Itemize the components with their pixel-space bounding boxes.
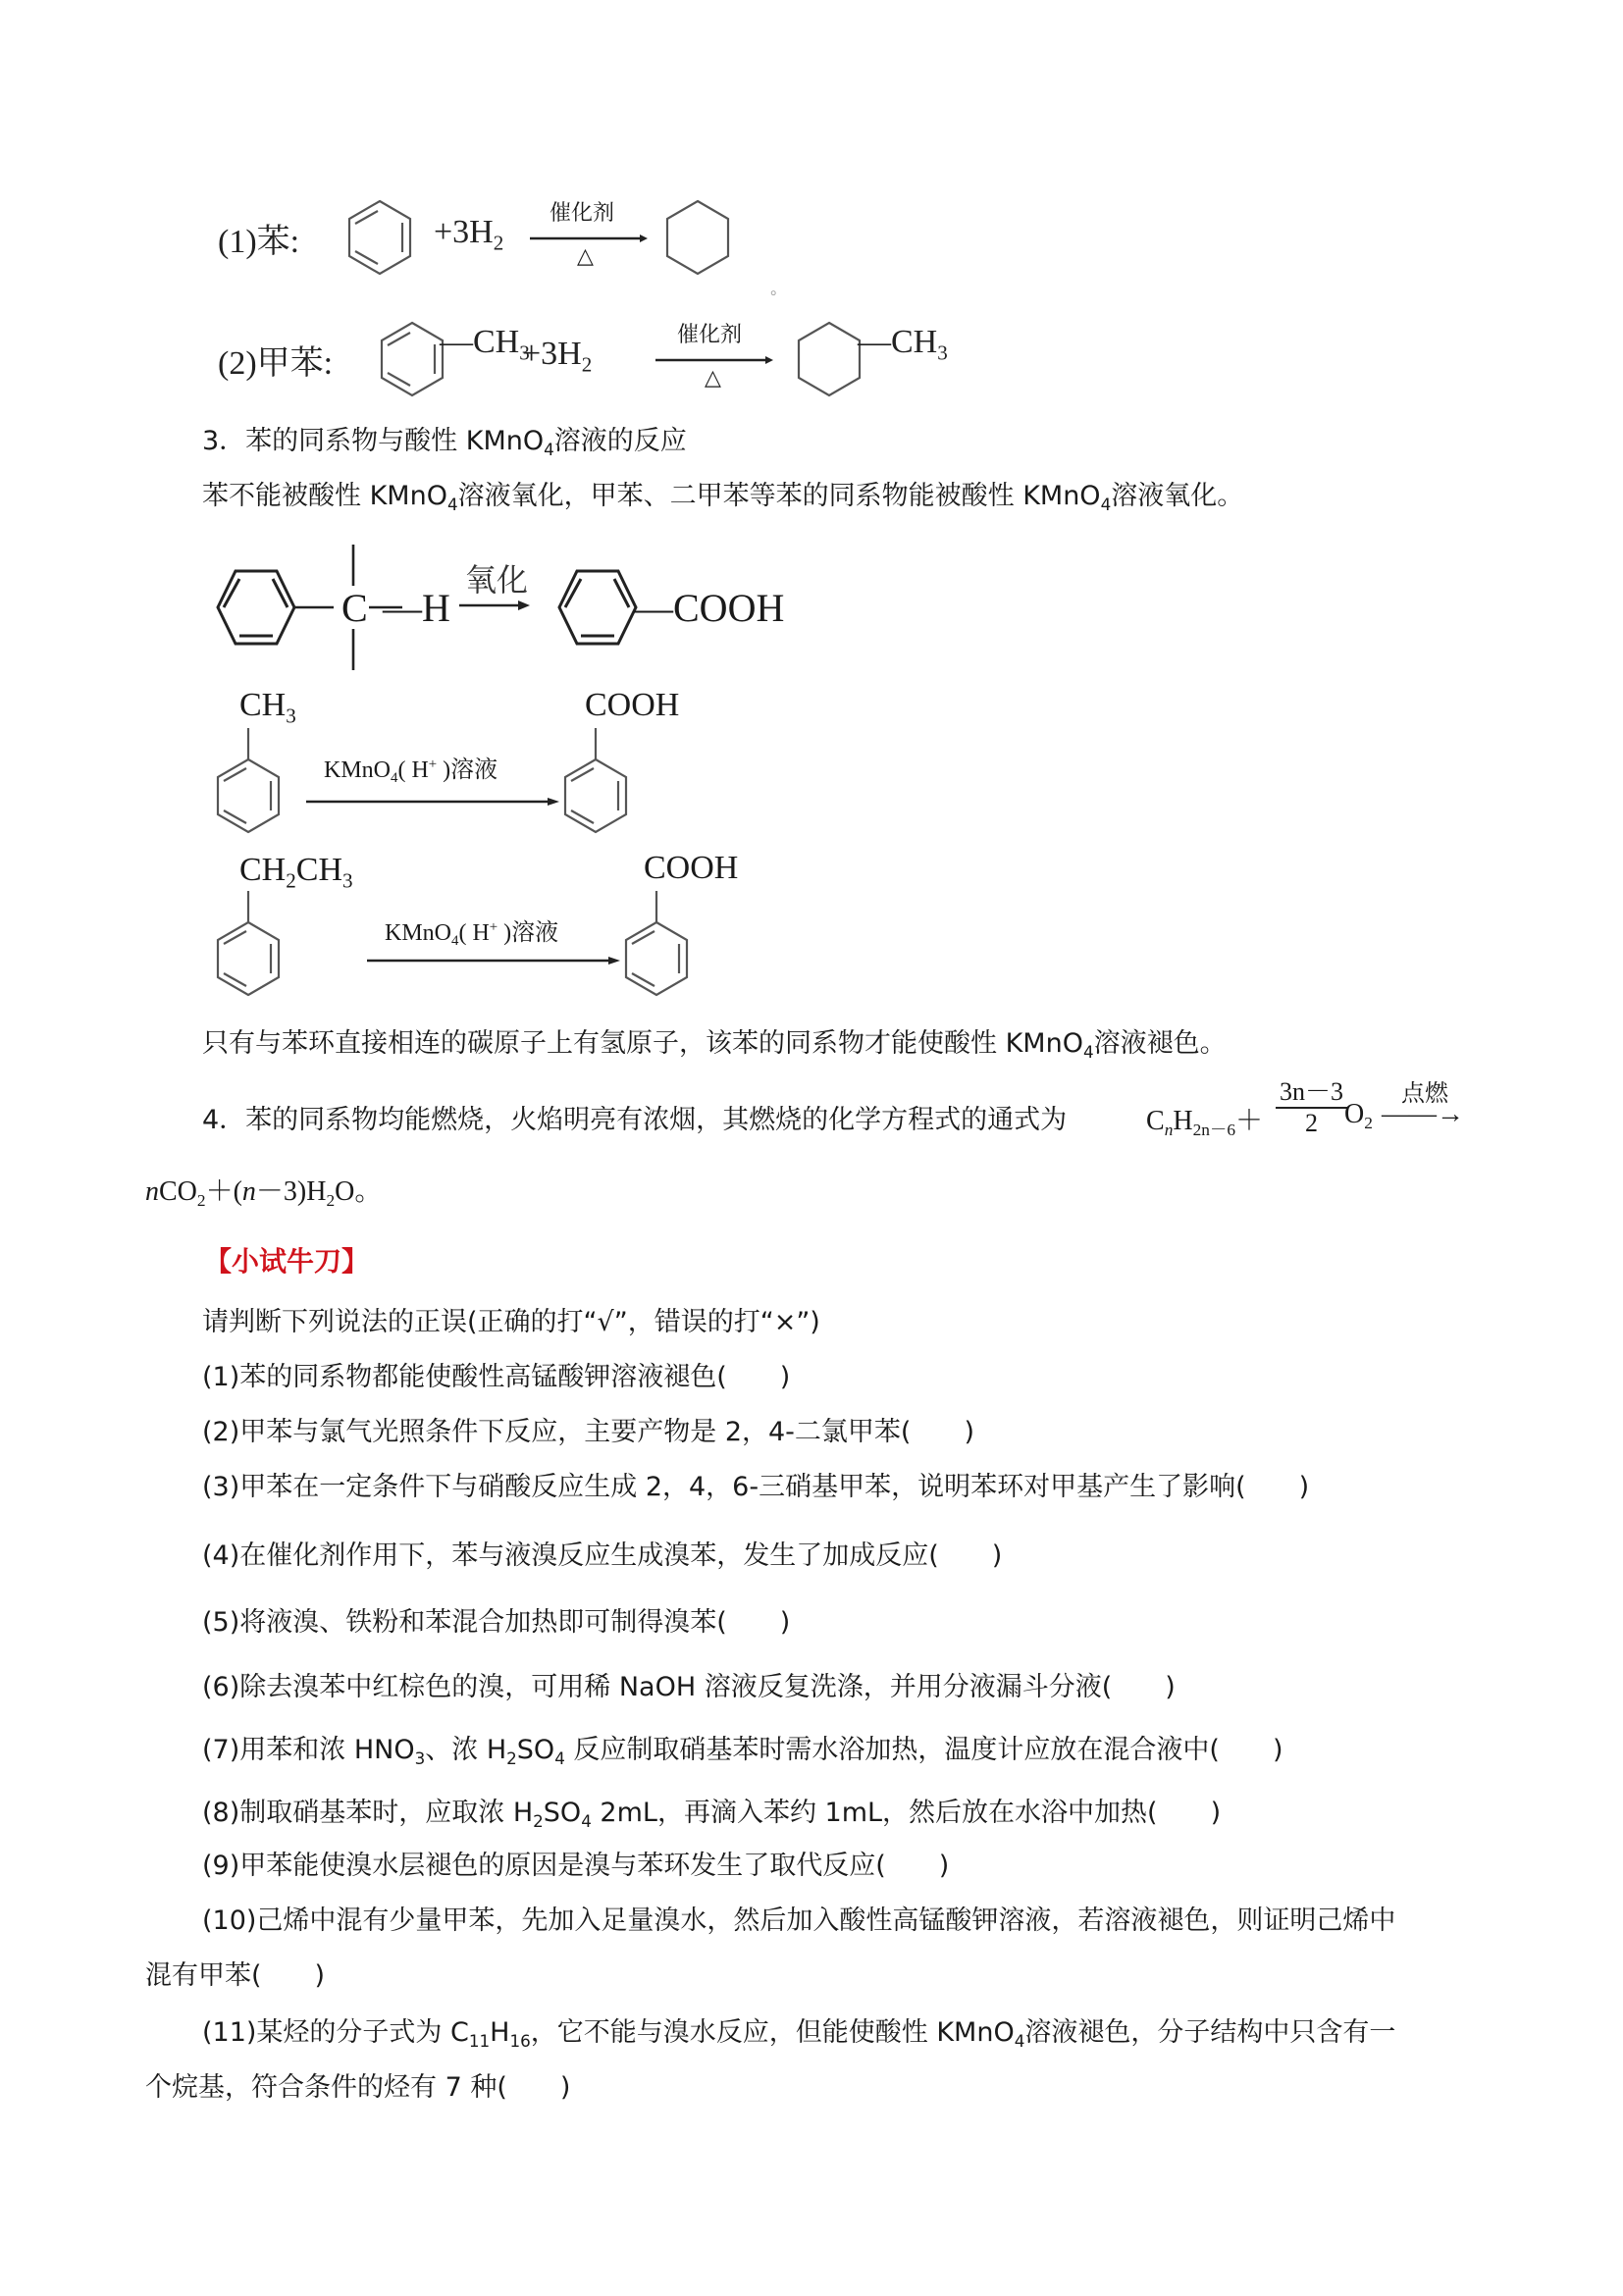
benzene-ring-icon bbox=[557, 567, 638, 648]
oxygen-coefficient-fraction: 3n－32 bbox=[1274, 1077, 1349, 1138]
kmno4-reagent: KMnO4( H+ )溶液 bbox=[324, 750, 497, 787]
ethylbenzene-structure-icon bbox=[214, 891, 283, 1001]
section3-heading: 3．苯的同系物与酸性 KMnO4溶液的反应 bbox=[202, 424, 687, 467]
quiz-item-7: (7)用苯和浓 HNO3、浓 H2SO4 反应制取硝基苯时需水浴加热，温度计应放… bbox=[202, 1733, 1283, 1776]
reaction-arrow-icon bbox=[306, 797, 559, 807]
heat-symbol: △ bbox=[577, 243, 594, 269]
catalyst-label: 催化剂 bbox=[550, 196, 614, 227]
benzene-ring-icon bbox=[216, 567, 296, 648]
catalyst-label-2: 催化剂 bbox=[677, 318, 742, 348]
benzene-label: (1)苯: bbox=[218, 214, 299, 262]
cyclohexane-ring-icon bbox=[663, 198, 732, 277]
toluene-structure-icon bbox=[214, 728, 283, 838]
quiz-item-9: (9)甲苯能使溴水层褪色的原因是溴与苯环发生了取代反应( ) bbox=[202, 1849, 949, 1884]
reaction-arrow-icon bbox=[530, 234, 648, 243]
reaction-arrow-icon bbox=[655, 355, 773, 365]
reaction-arrow-icon bbox=[367, 956, 620, 965]
quiz-item-1: (1)苯的同系物都能使酸性高锰酸钾溶液褪色( ) bbox=[202, 1360, 790, 1395]
section3-description: 苯不能被酸性 KMnO4溶液氧化，甲苯、二甲苯等苯的同系物能被酸性 KMnO4溶… bbox=[202, 479, 1243, 522]
quiz-item-10-cont: 混有甲苯( ) bbox=[145, 1958, 325, 1994]
combustion-formula: CnH2n－6＋ bbox=[1146, 1099, 1263, 1140]
methylcyclohexane-ring-icon bbox=[795, 320, 864, 398]
quiz-item-2: (2)甲苯与氯气光照条件下反应，主要产物是 2，4-二氯甲苯( ) bbox=[202, 1415, 974, 1450]
kmno4-reagent-2: KMnO4( H+ )溶液 bbox=[385, 913, 558, 950]
oxidation-label: 氧化 bbox=[465, 555, 528, 600]
heat-symbol-2: △ bbox=[705, 365, 721, 391]
benzene-ring-icon bbox=[345, 198, 414, 277]
combustion-arrow: ——→ bbox=[1382, 1099, 1464, 1130]
carboxyl-group: —COOH bbox=[634, 585, 784, 631]
product-methyl: —CH3 bbox=[858, 324, 948, 365]
benzoic-acid-structure-icon bbox=[561, 728, 630, 838]
benzoic-acid-structure-icon bbox=[622, 891, 691, 1001]
section4-text: 4．苯的同系物均能燃烧，火焰明亮有浓烟，其燃烧的化学方程式的通式为 bbox=[202, 1103, 1067, 1138]
reaction-arrow-icon bbox=[459, 600, 530, 610]
benzoic-acid-label-2: COOH bbox=[644, 850, 738, 887]
carbon-atom: C bbox=[341, 585, 368, 631]
stray-dot: ° bbox=[770, 288, 776, 306]
toluene-reagent: +3H2 bbox=[522, 336, 592, 377]
toluene-ring-icon bbox=[378, 320, 446, 398]
toluene-methyl: —CH3 bbox=[440, 324, 530, 365]
benzene-reagent: +3H2 bbox=[434, 214, 503, 255]
ethyl-group-label: CH2CH3 bbox=[239, 852, 353, 893]
quiz-item-11-cont: 个烷基，符合条件的烃有 7 种( ) bbox=[145, 2070, 570, 2106]
benzoic-acid-label: COOH bbox=[585, 687, 679, 724]
quiz-item-8: (8)制取硝基苯时，应取浓 H2SO4 2mL，再滴入苯约 1mL，然后放在水浴… bbox=[202, 1796, 1221, 1839]
toluene-label: (2)甲苯: bbox=[218, 336, 333, 384]
combustion-products: nCO2＋(n－3)H2O。 bbox=[145, 1170, 382, 1211]
quiz-item-5: (5)将液溴、铁粉和苯混合加热即可制得溴苯( ) bbox=[202, 1605, 790, 1641]
quiz-item-11: (11)某烃的分子式为 C11H16，它不能与溴水反应，但能使酸性 KMnO4溶… bbox=[202, 2015, 1395, 2059]
toluene-methyl-label: CH3 bbox=[239, 687, 296, 728]
quiz-item-6: (6)除去溴苯中红棕色的溴，可用稀 NaOH 溶液反复洗涤，并用分液漏斗分液( … bbox=[202, 1670, 1176, 1705]
quiz-item-4: (4)在催化剂作用下，苯与液溴反应生成溴苯，发生了加成反应( ) bbox=[202, 1539, 1002, 1574]
quiz-item-3: (3)甲苯在一定条件下与硝酸反应生成 2，4，6-三硝基甲苯，说明苯环对甲基产生… bbox=[202, 1470, 1309, 1505]
hydrogen-atom: —H bbox=[383, 585, 450, 631]
section3-note: 只有与苯环直接相连的碳原子上有氢原子，该苯的同系物才能使酸性 KMnO4溶液褪色… bbox=[202, 1026, 1227, 1070]
quiz-item-10: (10)己烯中混有少量甲苯，先加入足量溴水，然后加入酸性高锰酸钾溶液，若溶液褪色… bbox=[202, 1904, 1395, 1939]
quiz-instruction: 请判断下列说法的正误(正确的打“√”，错误的打“×”) bbox=[202, 1305, 820, 1340]
oxygen-molecule: O2 bbox=[1344, 1099, 1373, 1133]
quiz-title: 【小试牛刀】 bbox=[204, 1240, 369, 1279]
